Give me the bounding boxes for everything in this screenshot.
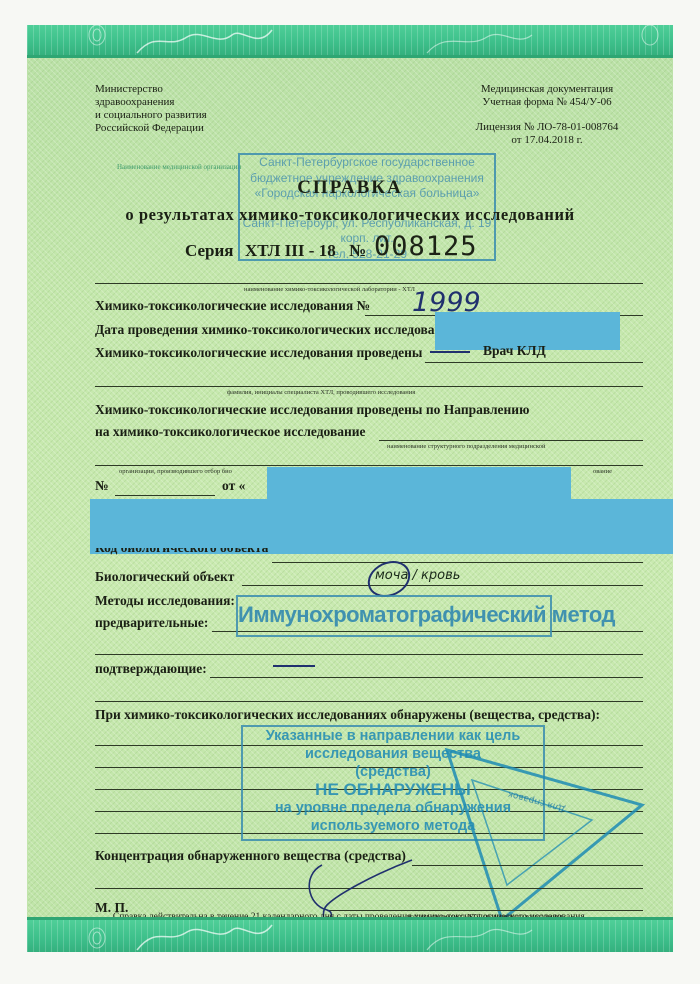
triangle-stamp-icon: Для справок	[442, 745, 652, 925]
preliminary-line-2	[95, 654, 643, 655]
study-number-label: Химико-токсикологические исследования №	[95, 298, 370, 314]
referral-number-line	[115, 495, 215, 496]
bio-code-label: Код биологического объекта	[95, 548, 268, 555]
lab-line	[95, 283, 643, 284]
referral-line	[379, 440, 643, 441]
referral-number-label: №	[95, 478, 109, 494]
series-label: Серия	[185, 241, 233, 261]
number-sign: №	[349, 241, 366, 261]
preliminary-label: предварительные:	[95, 615, 208, 631]
specialist-caption: фамилия, инициалы специалиста ХТЛ, прово…	[227, 389, 415, 396]
ink-dash	[430, 351, 470, 353]
ministry-line: и социального развития	[95, 109, 207, 122]
redacted-referral	[267, 467, 571, 501]
lab-caption: наименование химико-токсикологической ла…	[244, 286, 415, 293]
org-name-caption: Наименование медицинской организации	[117, 163, 241, 171]
result-stamp-line: Указанные в направлении как цель	[243, 727, 543, 745]
guilloche-pattern-icon	[27, 25, 673, 55]
bio-code-text: Код биологического объекта	[95, 548, 268, 555]
redacted-details	[90, 499, 673, 554]
ministry-line: здравоохранения	[95, 96, 207, 109]
bio-object-label: Биологический объект	[95, 569, 234, 585]
specialist-line	[95, 386, 643, 387]
bottom-guilloche-band	[27, 917, 673, 952]
ink-dash	[273, 665, 315, 667]
confirming-label: подтверждающие:	[95, 661, 207, 677]
unit-caption-end: ование	[593, 468, 612, 475]
ministry-block: Министерство здравоохранения и социально…	[95, 83, 207, 135]
unit-caption-cont: организации, производившего отбор био	[119, 468, 232, 475]
bio-object-line	[242, 585, 643, 586]
medical-doc-label: Медицинская документация	[467, 83, 627, 96]
document-title: СПРАВКА	[27, 177, 673, 199]
top-guilloche-band	[27, 25, 673, 58]
account-form-label: Учетная форма № 454/У-06	[467, 96, 627, 109]
performed-by-line	[425, 362, 643, 363]
methods-label: Методы исследования:	[95, 593, 235, 609]
stamp-line: Санкт-Петербургское государственное	[240, 155, 494, 171]
unit-line	[95, 465, 643, 466]
preliminary-method-value: Иммунохроматографический метод	[238, 602, 615, 627]
bio-code-line	[272, 562, 643, 563]
study-date-label: Дата проведения химико-токсикологических…	[95, 322, 458, 338]
found-substances-label: При химико-токсикологических исследовани…	[95, 707, 600, 723]
confirming-line-2	[95, 701, 643, 702]
triangle-stamp-text: Для справок	[506, 788, 566, 813]
form-info-block: Медицинская документация Учетная форма №…	[467, 83, 627, 147]
referral-label: Химико-токсикологические исследования пр…	[95, 402, 529, 418]
performed-by-label: Химико-токсикологические исследования пр…	[95, 345, 422, 361]
certificate-sheet: Министерство здравоохранения и социально…	[27, 25, 673, 952]
performed-by-value: Врач КЛД	[483, 343, 546, 359]
license-number: Лицензия № ЛО-78-01-008764	[467, 121, 627, 134]
ministry-line: Министерство	[95, 83, 207, 96]
series-value: ХТЛ III - 18	[245, 241, 336, 261]
concentration-line	[412, 865, 643, 866]
guilloche-pattern-icon	[27, 920, 673, 952]
confirming-line	[210, 677, 643, 678]
document-subtitle: о результатах химико-токсикологических и…	[27, 205, 673, 225]
license-date: от 17.04.2018 г.	[467, 134, 627, 147]
ministry-line: Российской Федерации	[95, 122, 207, 135]
unit-caption: наименование структурного подразделения …	[387, 443, 545, 450]
certificate-number: 008125	[374, 231, 478, 262]
referral-date-label: от «	[222, 478, 245, 494]
referral-label-cont: на химико-токсикологическое исследование	[95, 424, 366, 440]
preliminary-method-stamp: Иммунохроматографический метод	[236, 595, 552, 637]
